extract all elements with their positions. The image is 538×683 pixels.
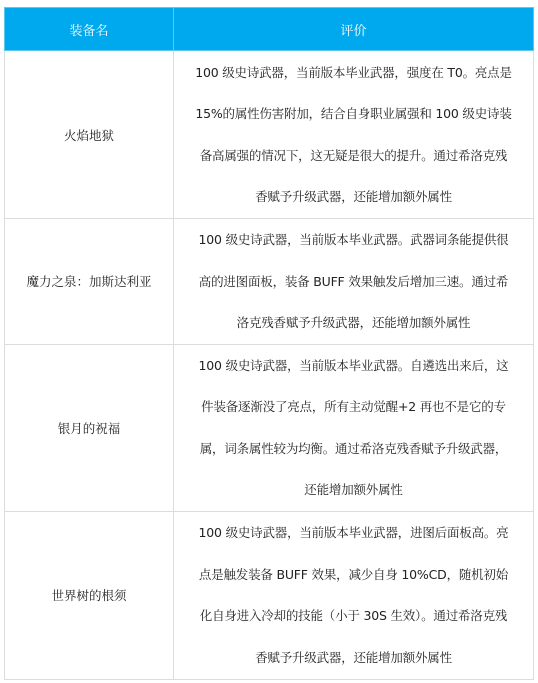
review-line: 100 级史诗武器，当前版本毕业武器。武器词条能提供很 <box>186 219 521 261</box>
review-line: 15%的属性伤害附加，结合自身职业属强和 100 级史诗装 <box>186 93 521 135</box>
equipment-name-cell: 世界树的根须 <box>5 511 174 679</box>
equipment-name-cell: 火焰地狱 <box>5 51 174 219</box>
table-row: 火焰地狱 100 级史诗武器，当前版本毕业武器，强度在 T0。亮点是 15%的属… <box>5 51 534 219</box>
review-line: 还能增加额外属性 <box>186 469 521 511</box>
review-cell: 100 级史诗武器，当前版本毕业武器，进图后面板高。亮 点是触发装备 BUFF … <box>174 511 534 679</box>
review-cell: 100 级史诗武器，当前版本毕业武器。武器词条能提供很 高的进图面板，装备 BU… <box>174 219 534 345</box>
header-equipment-name: 装备名 <box>5 8 174 51</box>
table-row: 世界树的根须 100 级史诗武器，当前版本毕业武器，进图后面板高。亮 点是触发装… <box>5 511 534 679</box>
table-row: 魔力之泉：加斯达利亚 100 级史诗武器，当前版本毕业武器。武器词条能提供很 高… <box>5 219 534 345</box>
review-line: 100 级史诗武器，当前版本毕业武器，强度在 T0。亮点是 <box>186 52 521 94</box>
equipment-name-cell: 魔力之泉：加斯达利亚 <box>5 219 174 345</box>
review-line: 件装备逐渐没了亮点，所有主动觉醒+2 再也不是它的专 <box>186 386 521 428</box>
equipment-review-table: 装备名 评价 火焰地狱 100 级史诗武器，当前版本毕业武器，强度在 T0。亮点… <box>4 7 534 680</box>
review-line: 100 级史诗武器，当前版本毕业武器，进图后面板高。亮 <box>186 512 521 554</box>
review-cell: 100 级史诗武器，当前版本毕业武器，强度在 T0。亮点是 15%的属性伤害附加… <box>174 51 534 219</box>
review-line: 香赋予升级武器，还能增加额外属性 <box>186 637 521 679</box>
review-line: 香赋予升级武器，还能增加额外属性 <box>186 176 521 218</box>
table-row: 银月的祝福 100 级史诗武器，当前版本毕业武器。自遴选出来后，这 件装备逐渐没… <box>5 344 534 511</box>
review-line: 备高属强的情况下，这无疑是很大的提升。通过希洛克残 <box>186 135 521 177</box>
table-header-row: 装备名 评价 <box>5 8 534 51</box>
review-line: 高的进图面板，装备 BUFF 效果触发后增加三速。通过希 <box>186 261 521 303</box>
review-line: 属，词条属性较为均衡。通过希洛克残香赋予升级武器， <box>186 428 521 470</box>
header-review: 评价 <box>174 8 534 51</box>
equipment-name-cell: 银月的祝福 <box>5 344 174 511</box>
review-cell: 100 级史诗武器，当前版本毕业武器。自遴选出来后，这 件装备逐渐没了亮点，所有… <box>174 344 534 511</box>
review-line: 100 级史诗武器，当前版本毕业武器。自遴选出来后，这 <box>186 345 521 387</box>
equipment-table-container: 装备名 评价 火焰地狱 100 级史诗武器，当前版本毕业武器，强度在 T0。亮点… <box>4 7 534 680</box>
review-line: 洛克残香赋予升级武器，还能增加额外属性 <box>186 302 521 344</box>
review-line: 点是触发装备 BUFF 效果，减少自身 10%CD，随机初始 <box>186 554 521 596</box>
review-line: 化自身进入冷却的技能（小于 30S 生效）。通过希洛克残 <box>186 595 521 637</box>
